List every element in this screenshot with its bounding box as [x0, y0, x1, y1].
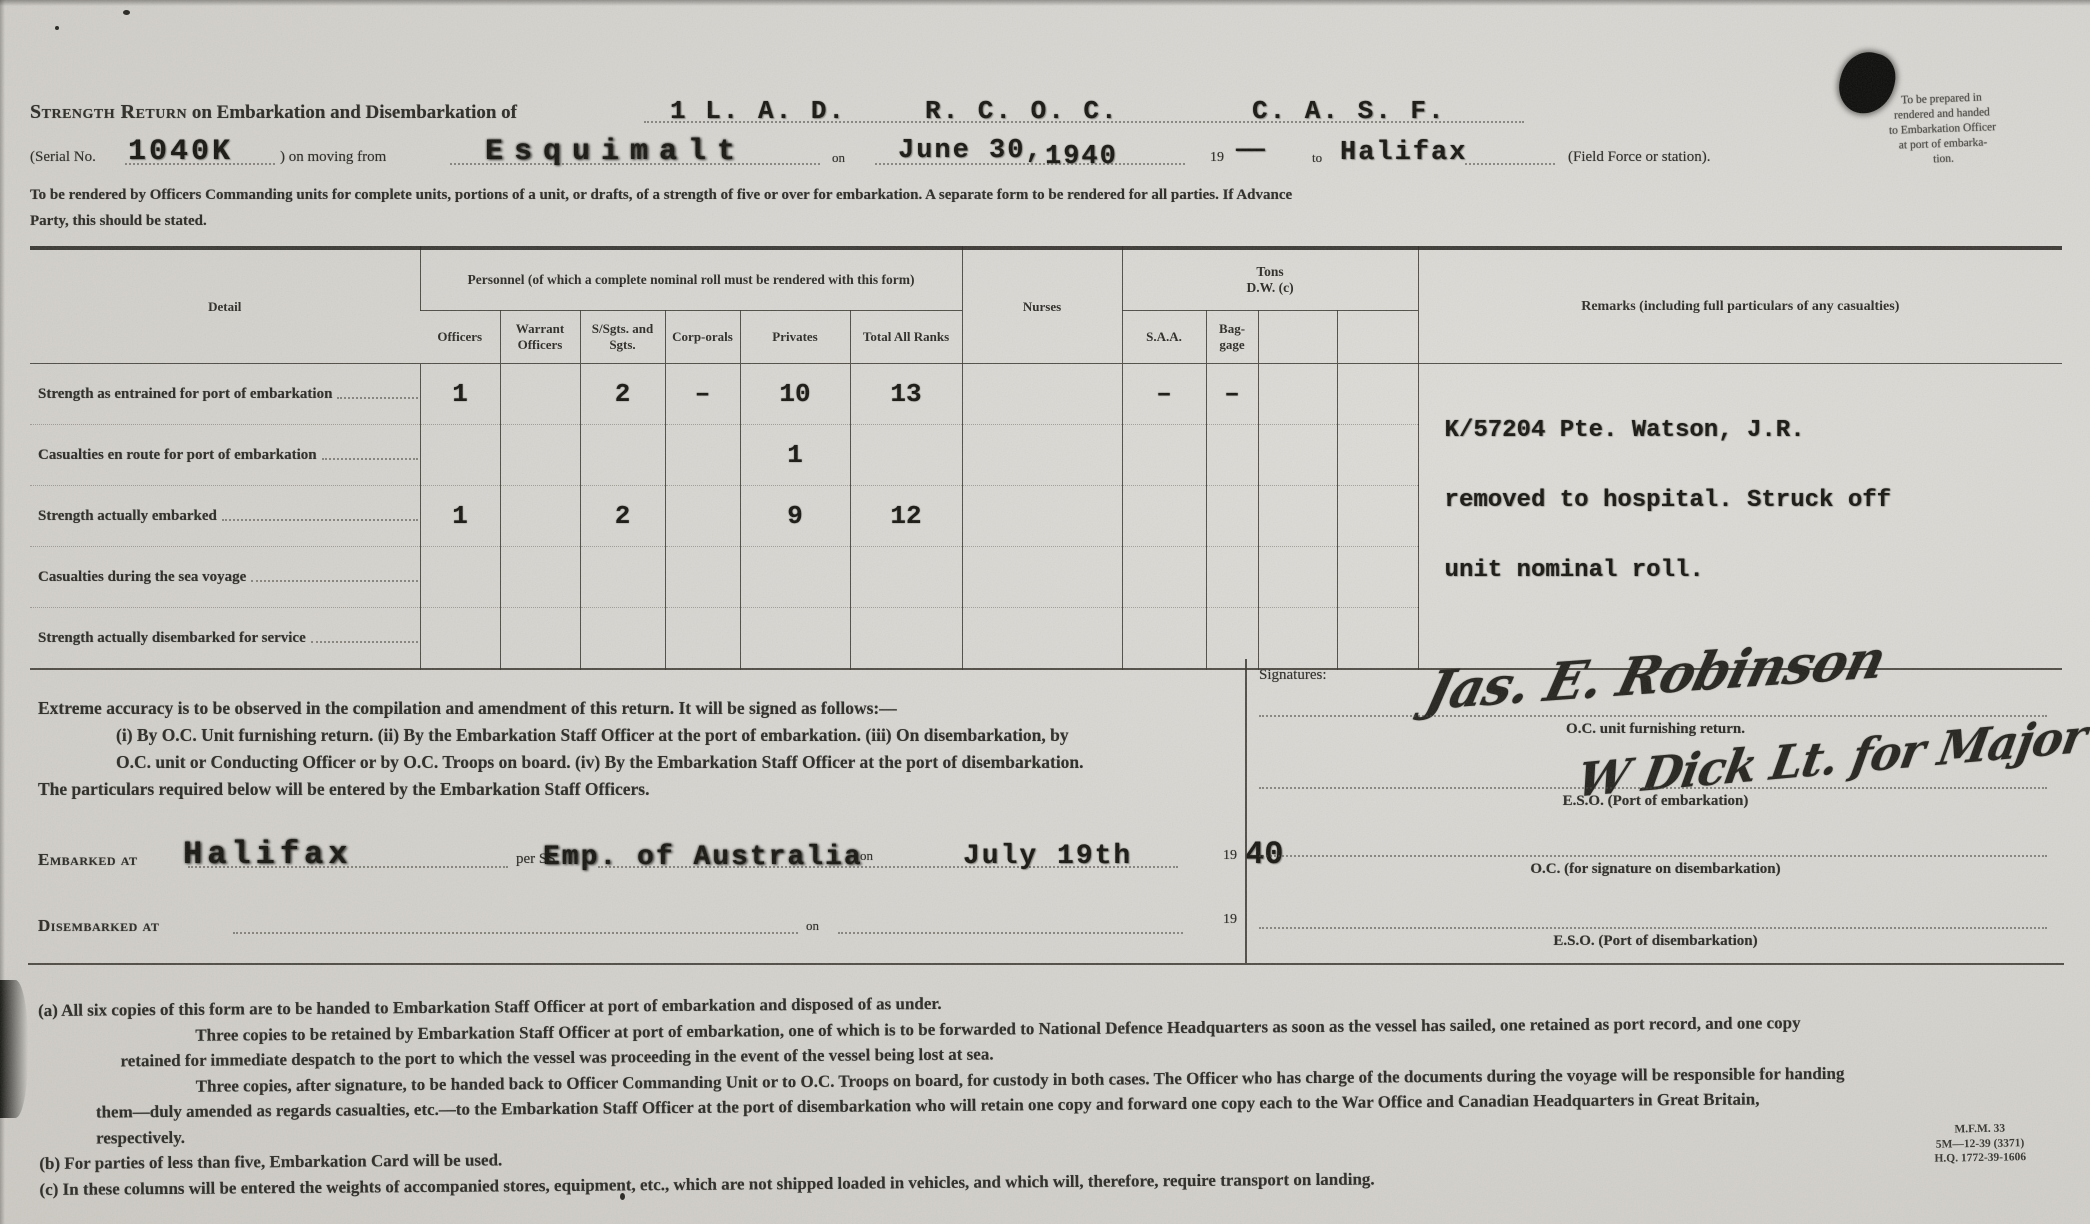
- strength-return-table: Detail Personnel (of which a complete no…: [30, 246, 2062, 670]
- signatures-label: Signatures:: [1259, 667, 1327, 684]
- row-label: Strength actually disembarked for servic…: [38, 629, 306, 647]
- oc-signature-rule: [1259, 715, 2047, 717]
- row-label: Strength actually embarked: [38, 507, 217, 525]
- cell-baggage: –: [1206, 364, 1258, 425]
- scanned-strength-return-form: Strength Return on Embarkation and Disem…: [0, 0, 2090, 1224]
- cell-warrant: [500, 547, 580, 608]
- cell-sgts: 2: [580, 364, 665, 425]
- disembarked-at-line: Disembarked at on 19: [38, 906, 1253, 942]
- leader-dots: [311, 641, 418, 643]
- tons-header-line1: Tons: [1153, 264, 1388, 280]
- cell-tons-blank: [1258, 425, 1337, 486]
- cell-privates: [740, 547, 850, 608]
- cell-nurses: [962, 425, 1122, 486]
- cell-corporals: [665, 608, 740, 669]
- cell-saa: [1122, 547, 1206, 608]
- form-title-rest: on Embarkation and Disembarkation of: [187, 102, 517, 123]
- cell-sgts: [580, 547, 665, 608]
- ship-typed: Emp. of Australia: [543, 842, 863, 873]
- cell-tons-blank: [1337, 364, 1418, 425]
- printed-year-19: 19: [1210, 150, 1224, 166]
- cell-privates: 1: [740, 425, 850, 486]
- cell-nurses: [962, 608, 1122, 669]
- year-strikeout: ——: [1236, 137, 1265, 164]
- accuracy-paragraph: Extreme accuracy is to be observed in th…: [38, 695, 1084, 803]
- disembarked-at-label: Disembarked at: [38, 916, 159, 936]
- cell-baggage: [1206, 547, 1258, 608]
- scan-speck: [55, 26, 59, 30]
- row-label: Strength as entrained for port of embark…: [38, 385, 332, 403]
- embark-date-typed: July 19th: [963, 841, 1132, 872]
- origin-typed-value: Esquimalt: [485, 135, 746, 169]
- scan-speck: [123, 10, 130, 15]
- disembark-date-rule: [838, 932, 1183, 934]
- embark-port-typed: Halifax: [183, 836, 352, 873]
- cell-total: 12: [850, 486, 962, 547]
- nurses-column-header: Nurses: [962, 248, 1122, 364]
- form-title-line: Strength Return on Embarkation and Disem…: [30, 90, 1830, 128]
- cell-sgts: [580, 425, 665, 486]
- cell-baggage: [1206, 486, 1258, 547]
- personnel-group-header: Personnel (of which a complete nominal r…: [420, 248, 962, 311]
- on-label: on: [832, 150, 845, 166]
- moving-from-label: ) on moving from: [280, 149, 386, 166]
- destination-rule: [1465, 163, 1555, 165]
- cell-corporals: [665, 547, 740, 608]
- embark-year-printed: 19: [1223, 848, 1237, 864]
- eso-signature-rule: [1259, 787, 2047, 789]
- date-year-typed-value: 1940: [1045, 142, 1118, 172]
- date-typed-value: June 30,: [898, 136, 1044, 166]
- cell-saa: [1122, 425, 1206, 486]
- leader-dots: [337, 397, 417, 399]
- cell-warrant: [500, 608, 580, 669]
- destination-typed-value: Halifax: [1340, 138, 1467, 168]
- unit-typed-value: 1 L. A. D.: [670, 96, 846, 126]
- embarked-at-line: Embarked at Halifax per SS. Emp. of Aust…: [38, 834, 1253, 876]
- corps-typed-value: R. C. O. C.: [925, 96, 1119, 126]
- cell-total: 13: [850, 364, 962, 425]
- cell-nurses: [962, 547, 1122, 608]
- disembark-on-label: on: [806, 918, 819, 934]
- cell-officers: 1: [420, 486, 500, 547]
- oc-disembark-label: O.C. (for signature on disembarkation): [1247, 861, 2064, 878]
- disembark-year-printed: 19: [1223, 912, 1237, 928]
- table-row-strength-entrained: Strength as entrained for port of embark…: [30, 364, 2062, 425]
- cell-tons-blank: [1337, 486, 1418, 547]
- corporals-column-header: Corp-orals: [665, 311, 740, 364]
- form-title: Strength Return on Embarkation and Disem…: [30, 101, 517, 124]
- cell-tons-blank: [1258, 486, 1337, 547]
- serial-label: (Serial No.: [30, 149, 96, 166]
- cell-nurses: [962, 364, 1122, 425]
- to-label: to: [1312, 150, 1322, 166]
- row-label-cell: Strength actually embarked: [30, 486, 420, 547]
- warrant-officers-column-header: Warrant Officers: [500, 311, 580, 364]
- cell-tons-blank: [1258, 547, 1337, 608]
- tons-blank-column-header: [1337, 311, 1418, 364]
- cell-baggage: [1206, 425, 1258, 486]
- remarks-column-header: Remarks (including full particulars of a…: [1418, 248, 2062, 364]
- row-label: Casualties during the sea voyage: [38, 568, 246, 586]
- row-label: Casualties en route for port of embarkat…: [38, 446, 317, 464]
- leader-dots: [251, 580, 417, 582]
- officers-column-header: Officers: [420, 311, 500, 364]
- embarked-at-label: Embarked at: [38, 850, 138, 870]
- field-force-label: (Field Force or station).: [1568, 149, 1710, 166]
- row-label-cell: Casualties en route for port of embarkat…: [30, 425, 420, 486]
- footnotes: (a) All six copies of this form are to b…: [38, 982, 2085, 1202]
- leader-dots: [222, 519, 418, 521]
- cell-privates: 10: [740, 364, 850, 425]
- form-title-smallcaps: Strength Return: [30, 101, 187, 123]
- cell-saa: [1122, 486, 1206, 547]
- cell-total: [850, 547, 962, 608]
- cell-total: [850, 425, 962, 486]
- eso-disembark-label: E.S.O. (Port of disembarkation): [1247, 933, 2064, 950]
- cell-warrant: [500, 364, 580, 425]
- oc-disembark-rule: [1259, 855, 2047, 857]
- cell-privates: 9: [740, 486, 850, 547]
- eso-disembark-rule: [1259, 927, 2047, 929]
- footer-divider-rule: [28, 963, 2064, 965]
- cell-total: [850, 608, 962, 669]
- cell-warrant: [500, 425, 580, 486]
- tons-group-header: Tons D.W. (c): [1122, 248, 1418, 311]
- cell-officers: [420, 608, 500, 669]
- row-label-cell: Strength actually disembarked for servic…: [30, 608, 420, 669]
- embark-on-label: on: [860, 848, 873, 864]
- cell-corporals: [665, 425, 740, 486]
- rendering-instructions: To be rendered by Officers Commanding un…: [30, 182, 2065, 234]
- scan-edge-smudge: [0, 980, 28, 1118]
- cell-warrant: [500, 486, 580, 547]
- cell-tons-blank: [1337, 425, 1418, 486]
- row-label-cell: Strength as entrained for port of embark…: [30, 364, 420, 425]
- serial-and-movement-line: (Serial No. 1040K ) on moving from Esqui…: [30, 126, 1830, 172]
- eso-signature-label: E.S.O. (Port of embarkation): [1247, 793, 2064, 810]
- disembark-port-rule: [233, 932, 798, 934]
- cell-sgts: [580, 608, 665, 669]
- signatures-section: Signatures: Jas. E. Robinson O.C. unit f…: [1245, 659, 2064, 963]
- cell-privates: [740, 608, 850, 669]
- cell-sgts: 2: [580, 486, 665, 547]
- cell-saa: [1122, 608, 1206, 669]
- saa-column-header: S.A.A.: [1122, 311, 1206, 364]
- cell-corporals: [665, 486, 740, 547]
- cell-tons-blank: [1337, 547, 1418, 608]
- cell-tons-blank: [1258, 364, 1337, 425]
- cell-corporals: –: [665, 364, 740, 425]
- form-number-block: M.F.M. 33 5M—12-39 (3371) H.Q. 1772-39-1…: [1895, 1121, 2066, 1167]
- privates-column-header: Privates: [740, 311, 850, 364]
- cell-officers: [420, 547, 500, 608]
- total-all-ranks-column-header: Total All Ranks: [850, 311, 962, 364]
- cell-officers: 1: [420, 364, 500, 425]
- remarks-cell: K/57204 Pte. Watson, J.R. removed to hos…: [1418, 364, 2062, 669]
- force-typed-value: C. A. S. F.: [1252, 96, 1446, 126]
- leader-dots: [322, 458, 418, 460]
- cell-nurses: [962, 486, 1122, 547]
- remarks-typed-text: K/57204 Pte. Watson, J.R. removed to hos…: [1419, 364, 2063, 606]
- sgts-column-header: S/Sgts. and Sgts.: [580, 311, 665, 364]
- detail-column-header: Detail: [30, 248, 420, 364]
- tons-header-line2: D.W. (c): [1153, 280, 1388, 296]
- serial-typed-value: 1040K: [128, 135, 233, 169]
- baggage-column-header: Bag-gage: [1206, 311, 1258, 364]
- cell-officers: [420, 425, 500, 486]
- cell-saa: –: [1122, 364, 1206, 425]
- row-label-cell: Casualties during the sea voyage: [30, 547, 420, 608]
- tons-blank-column-header: [1258, 311, 1337, 364]
